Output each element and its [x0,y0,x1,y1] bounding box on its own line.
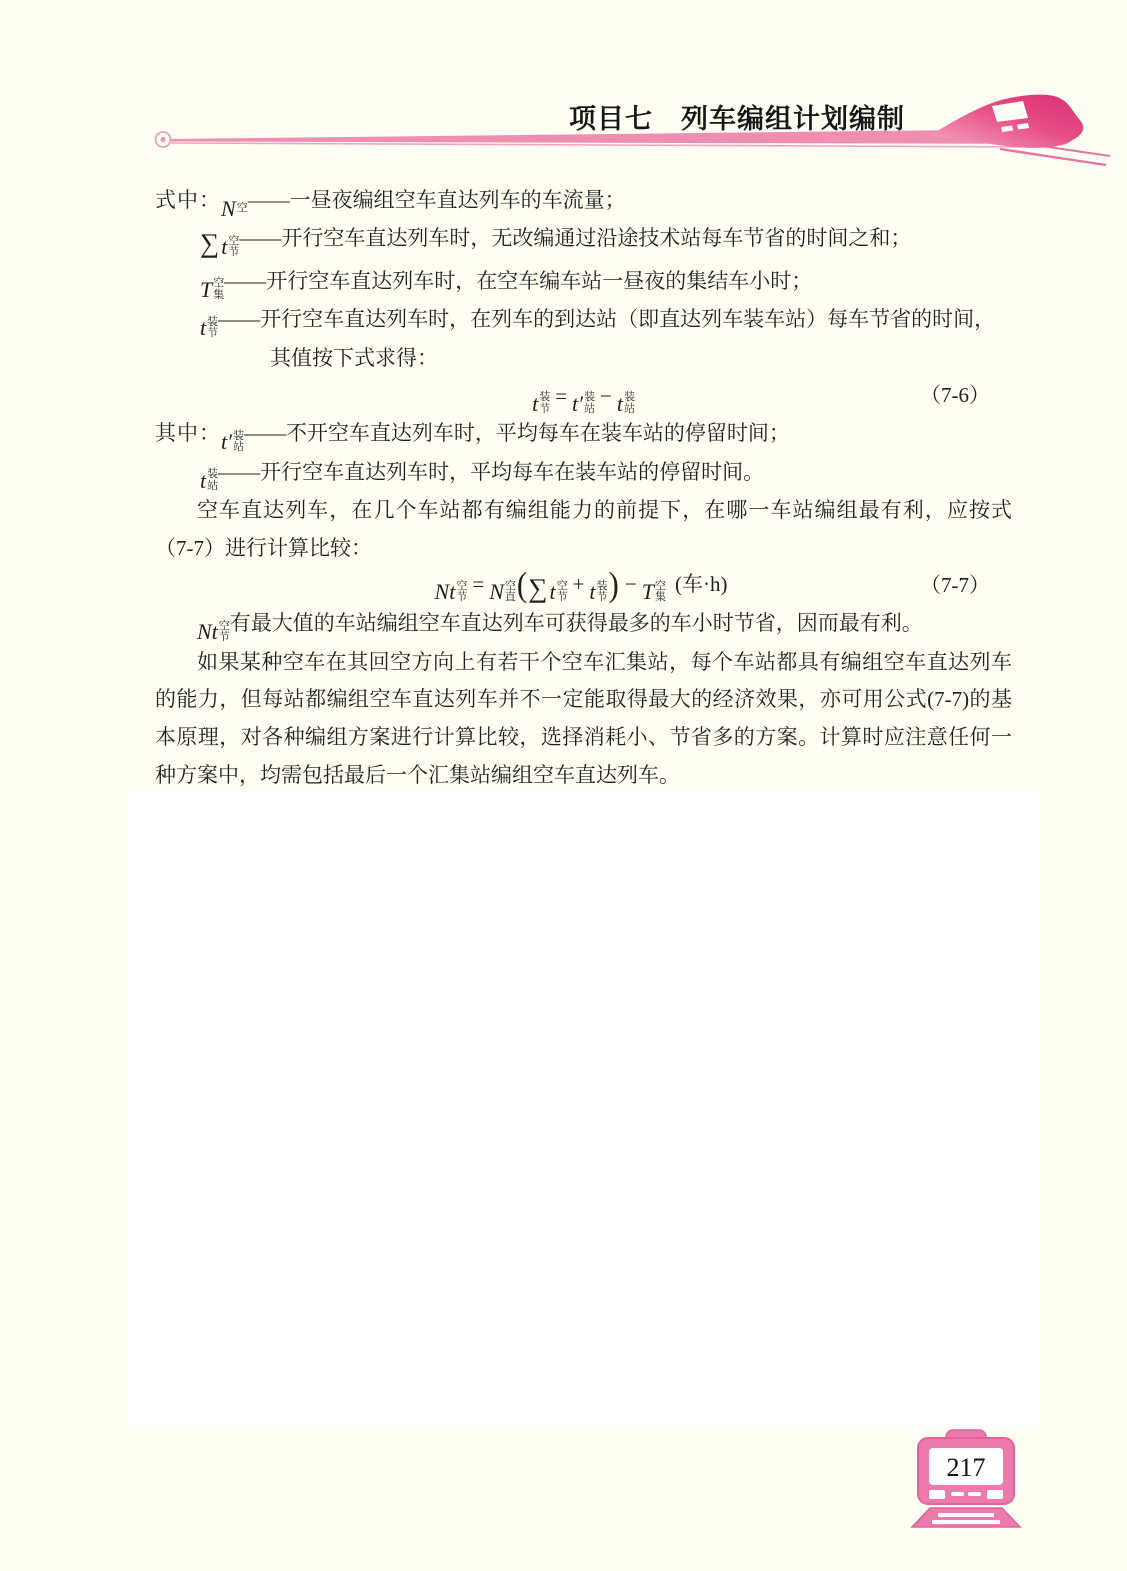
body-text: 式中：N空——一昼夜编组空车直达列车的车流量； ∑t空节——开行空车直达列车时，… [155,182,1012,794]
term-t-prime-station: t′装站 [221,421,244,445]
chapter-title: 项目七 列车编组计划编制 [569,97,905,136]
ring-ornament-icon [156,132,171,147]
definition-row: t装站——开行空车直达列车时，平均每车在装车站的停留时间。 [200,454,1012,493]
paragraph-max: Nt空节有最大值的车站编组空车直达列车可获得最多的车小时节省，因而最有利。 [155,605,1012,644]
paragraph-max-text: 有最大值的车站编组空车直达列车可获得最多的车小时节省，因而最有利。 [230,611,923,635]
term-n-empty: N空 [221,188,248,212]
equation-7-7: Nt空节=N空直(∑t空节+t装节)−T空集(车·h) （7-7） [155,567,1012,605]
header-decoration [0,75,1127,185]
definition-text: ——开行空车直达列车时，在空车编车站一昼夜的集结车小时； [224,269,812,293]
definition-row: t装节——开行空车直达列车时，在列车的到达站（即直达列车装车站）每车节省的时间，… [200,301,1012,377]
equation-7-6-body: t装节=t′装站−t装站 [532,377,635,416]
definition-text: ——开行空车直达列车时，无改编通过沿途技术站每车节省的时间之和； [239,226,911,250]
term-t-save: t装节 [200,307,218,331]
term-nt-save: Nt空节 [197,611,230,635]
definition-text: ——一昼夜编组空车直达列车的车流量； [248,188,626,212]
definition-row: 其中：t′装站——不开空车直达列车时，平均每车在装车站的停留时间； [155,415,1012,454]
paragraph-compare: 空车直达列车，在几个车站都有编组能力的前提下，在哪一车站编组最有利，应按式（7-… [155,492,1012,567]
among-label: 其中： [155,421,221,445]
term-sum-t: ∑t空节 [200,226,239,250]
equation-7-6: t装节=t′装站−t装站 （7-6） [155,377,1012,415]
page-blank-panel [127,788,1040,1430]
paragraph-scheme: 如果某种空车在其回空方向上有若干个空车汇集站，每个车站都具有编组空车直达列车的能… [155,644,1012,794]
definition-row: 式中：N空——一昼夜编组空车直达列车的车流量； [155,182,1012,220]
definition-text: ——开行空车直达列车时，在列车的到达站（即直达列车装车站）每车节省的时间，其值按… [218,307,995,370]
equation-number: （7-6） [920,377,990,415]
page-number-train-icon: 217 [904,1428,1028,1530]
equation-7-7-body: Nt空节=N空直(∑t空节+t装节)−T空集(车·h) [435,565,733,608]
term-t-gather: T空集 [200,269,224,293]
definition-row: ∑t空节——开行空车直达列车时，无改编通过沿途技术站每车节省的时间之和； [200,220,1012,263]
page-number: 217 [947,1453,986,1482]
definition-row: T空集——开行空车直达列车时，在空车编车站一昼夜的集结车小时； [200,263,1012,302]
definition-text: ——开行空车直达列车时，平均每车在装车站的停留时间。 [218,460,764,484]
definition-text: ——不开空车直达列车时，平均每车在装车站的停留时间； [244,421,790,445]
where-label: 式中： [155,188,221,212]
term-t-station: t装站 [200,460,218,484]
equation-number: （7-7） [920,568,990,606]
